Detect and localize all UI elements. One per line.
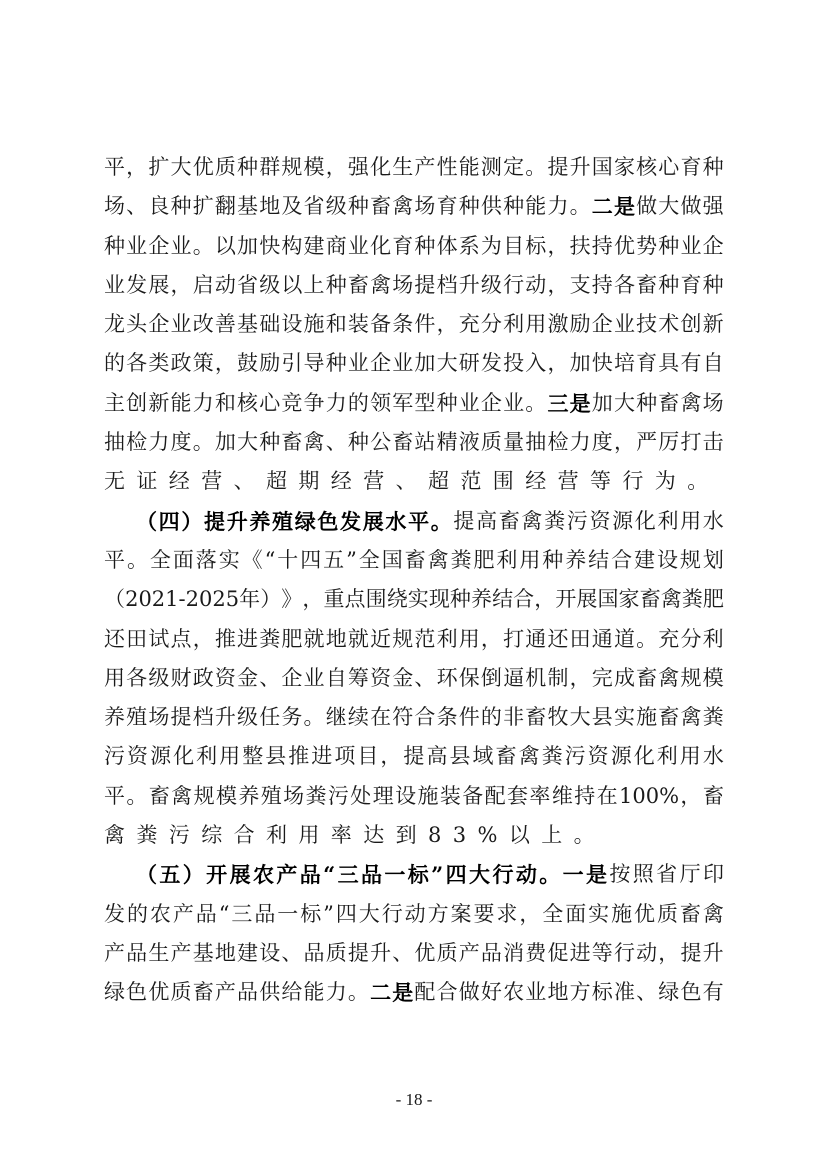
text-segment: 禽粪污综合利用率达到83%以上。: [104, 816, 606, 855]
text-line: （2021-2025年）》，重点围绕实现种养结合，开展国家畜禽粪肥: [104, 580, 724, 619]
text-line: 产品生产基地建设、品质提升、优质产品消费促进等行动，提升: [104, 934, 724, 973]
text-line: 抽检力度。加大种畜禽、种公畜站精液质量抽检力度，严厉打击: [104, 423, 724, 462]
text-line: 禽粪污综合利用率达到83%以上。: [104, 816, 724, 855]
page-number: - 18 -: [0, 1090, 828, 1110]
body-text: 平，扩大优质种群规模，强化生产性能测定。提升国家核心育种场、良种扩翻基地及省级种…: [104, 148, 724, 1013]
text-line: （五）开展农产品“三品一标”四大行动。一是按照省厅印: [104, 855, 724, 894]
text-line: （四）提升养殖绿色发展水平。提高畜禽粪污资源化利用水: [104, 502, 724, 541]
text-line: 无证经营、超期经营、超范围经营等行为。: [104, 462, 724, 501]
text-line: 发的农产品“三品一标”四大行动方案要求，全面实施优质畜禽: [104, 895, 724, 934]
text-line: 主创新能力和核心竞争力的领军型种业企业。三是加大种畜禽场: [104, 384, 724, 423]
text-line: 绿色优质畜产品供给能力。二是配合做好农业地方标准、绿色有: [104, 973, 724, 1012]
text-line: 平。畜禽规模养殖场粪污处理设施装备配套率维持在100%，畜: [104, 777, 724, 816]
text-line: 龙头企业改善基础设施和装备条件，充分利用激励企业技术创新: [104, 305, 724, 344]
text-line: 场、良种扩翻基地及省级种畜禽场育种供种能力。二是做大做强: [104, 187, 724, 226]
text-line: 污资源化利用整县推进项目，提高县域畜禽粪污资源化利用水: [104, 737, 724, 776]
text-line: 用各级财政资金、企业自筹资金、环保倒逼机制，完成畜禽规模: [104, 659, 724, 698]
text-line: 种业企业。以加快构建商业化育种体系为目标，扶持优势种业企: [104, 227, 724, 266]
text-line: 还田试点，推进粪肥就地就近规范利用，打通还田通道。充分利: [104, 620, 724, 659]
text-line: 平，扩大优质种群规模，强化生产性能测定。提升国家核心育种: [104, 148, 724, 187]
document-page: 平，扩大优质种群规模，强化生产性能测定。提升国家核心育种场、良种扩翻基地及省级种…: [0, 0, 828, 1176]
text-line: 平。全面落实《“十四五”全国畜禽粪肥利用种养结合建设规划: [104, 541, 724, 580]
text-line: 的各类政策，鼓励引导种业企业加大研发投入，加快培育具有自: [104, 344, 724, 383]
text-line: 养殖场提档升级任务。继续在符合条件的非畜牧大县实施畜禽粪: [104, 698, 724, 737]
text-segment: 无证经营、超期经营、超范围经营等行为。: [104, 462, 720, 501]
text-line: 业发展，启动省级以上种畜禽场提档升级行动，支持各畜种育种: [104, 266, 724, 305]
